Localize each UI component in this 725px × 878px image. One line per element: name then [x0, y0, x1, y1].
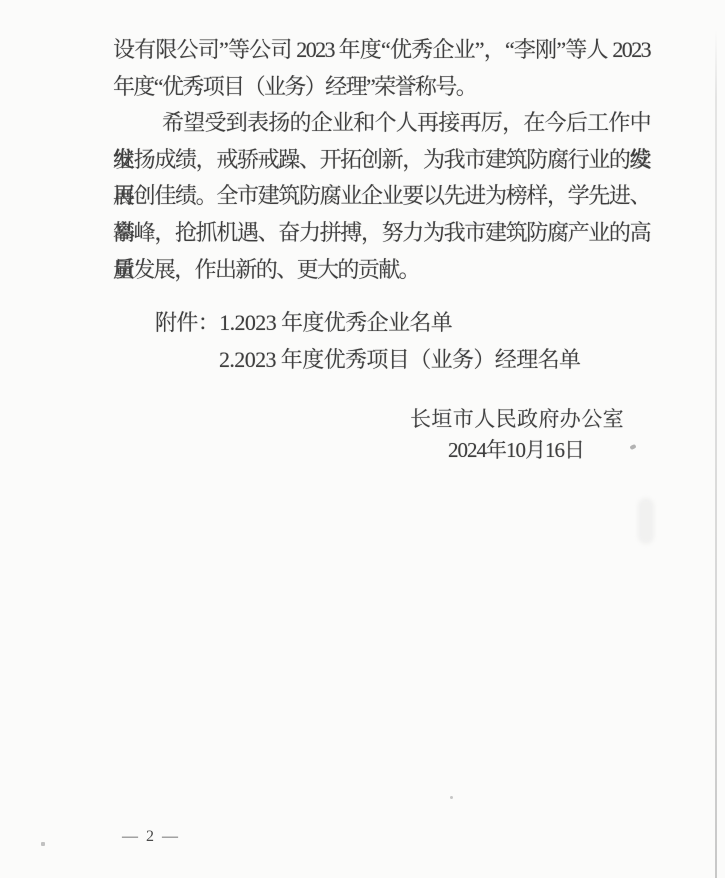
body-line: 发扬成绩，戒骄戒躁、开拓创新，为我市建筑防腐行业的发展	[113, 142, 650, 179]
scan-speck	[629, 444, 636, 450]
scan-smudge	[638, 498, 654, 544]
body-line: 量发展，作出新的、更大的贡献。	[113, 252, 650, 289]
body-line: 再创佳绩。全市建筑防腐业企业要以先进为榜样，学先进、攀	[113, 178, 650, 215]
signature-organization: 长垣市人民政府办公室	[410, 407, 624, 431]
scan-speck	[41, 842, 45, 846]
body-line: 年度“优秀项目（业务）经理”荣誉称号。	[113, 69, 650, 106]
body-line: 希望受到表扬的企业和个人再接再厉，在今后工作中继续	[113, 105, 650, 142]
scanned-document-page: 设有限公司”等公司 2023 年度“优秀企业”，“李刚”等人 2023 年度“优…	[0, 0, 725, 878]
attachment-row-2: 2.2023 年度优秀项目（业务）经理名单	[155, 341, 580, 378]
scan-edge-artifact	[715, 30, 717, 878]
attachments-label: 附件：	[155, 310, 219, 335]
attachment-item-1: 1.2023 年度优秀企业名单	[219, 310, 452, 335]
scan-speck	[450, 796, 453, 799]
document-body: 设有限公司”等公司 2023 年度“优秀企业”，“李刚”等人 2023 年度“优…	[113, 32, 650, 288]
attachment-row-1: 附件：1.2023 年度优秀企业名单	[155, 304, 580, 341]
attachment-item-2: 2.2023 年度优秀项目（业务）经理名单	[219, 347, 580, 372]
attachments-block: 附件：1.2023 年度优秀企业名单 2.2023 年度优秀项目（业务）经理名单	[155, 304, 580, 378]
signature-date: 2024年10月16日	[448, 438, 584, 462]
page-number: — 2 —	[122, 828, 180, 846]
body-line: 高峰，抢抓机遇、奋力拼搏，努力为我市建筑防腐产业的高质	[113, 215, 650, 252]
body-line: 设有限公司”等公司 2023 年度“优秀企业”，“李刚”等人 2023	[113, 32, 650, 69]
